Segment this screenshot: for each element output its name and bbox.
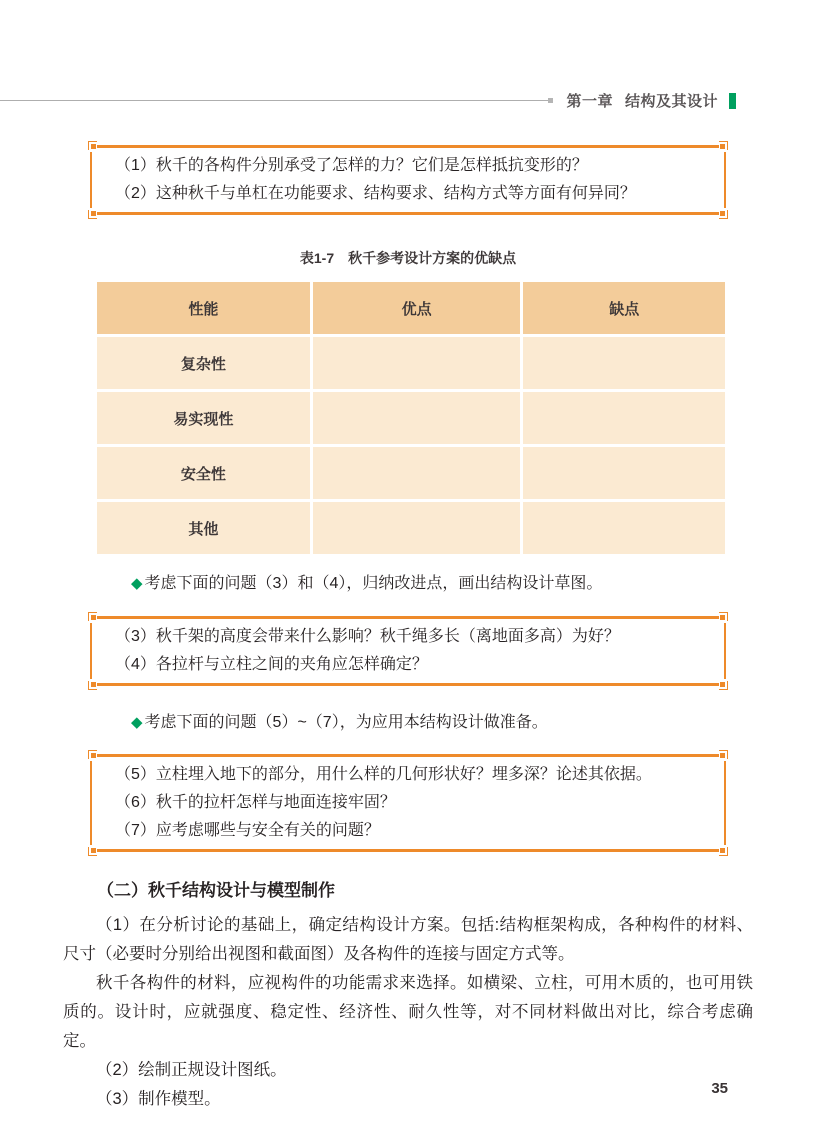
table-row-label: 其他 (97, 502, 310, 554)
table-empty-cell (313, 392, 521, 444)
task-bullet-1: ◆考虑下面的问题（3）和（4），归纳改进点，画出结构设计草图。 (131, 574, 753, 594)
page-header: 第一章结构及其设计 (0, 92, 736, 109)
table-header-cell: 优点 (313, 282, 521, 334)
table-empty-cell (313, 337, 521, 389)
task-bullet-2: ◆考虑下面的问题（5）~（7），为应用本结构设计做准备。 (131, 713, 753, 733)
box-corner-ornament (91, 211, 96, 216)
comparison-table: 性能 优点 缺点 复杂性 易实现性 安全性 其他 (97, 282, 719, 554)
box-corner-ornament (720, 848, 725, 853)
question-line: （2）这种秋千与单杠在功能要求、结构要求、结构方式等方面有何异同？ (115, 180, 701, 208)
table-header-cell: 性能 (97, 282, 310, 334)
box-corner-ornament (91, 682, 96, 687)
question-line: （5）立柱埋入地下的部分，用什么样的几何形状好？埋多深？论述其依据。 (115, 761, 701, 789)
diamond-icon: ◆ (131, 714, 143, 731)
question-line: （3）秋千架的高度会带来什么影响？秋千绳多长（离地面多高）为好？ (115, 623, 701, 651)
question-box-1: （1）秋千的各构件分别承受了怎样的力？它们是怎样抵抗变形的？ （2）这种秋千与单… (97, 145, 719, 215)
table-empty-cell (313, 502, 521, 554)
table-empty-cell (523, 502, 725, 554)
header-rule (0, 100, 553, 101)
table-empty-cell (523, 392, 725, 444)
box-corner-ornament (720, 753, 725, 758)
chapter-accent-bar-icon (729, 93, 736, 109)
question-line: （4）各拉杆与立柱之间的夹角应怎样确定？ (115, 651, 701, 679)
diamond-icon: ◆ (131, 575, 143, 592)
header-rule-end-square (548, 98, 553, 103)
box-corner-ornament (720, 211, 725, 216)
box-corner-ornament (91, 615, 96, 620)
question-line: （7）应考虑哪些与安全有关的问题？ (115, 817, 701, 845)
box-corner-ornament (91, 848, 96, 853)
page-content: （1）秋千的各构件分别承受了怎样的力？它们是怎样抵抗变形的？ （2）这种秋千与单… (63, 138, 753, 1114)
section-heading: （二）秋千结构设计与模型制作 (97, 876, 753, 901)
table-header-cell: 缺点 (523, 282, 725, 334)
box-corner-ornament (91, 753, 96, 758)
table-empty-cell (313, 447, 521, 499)
table-row-label: 安全性 (97, 447, 310, 499)
box-corner-ornament (720, 682, 725, 687)
body-paragraph: 秋千各构件的材料，应视构件的功能需求来选择。如横梁、立柱，可用木质的，也可用铁质… (63, 969, 753, 1056)
body-paragraph: （3）制作模型。 (63, 1085, 753, 1114)
table-caption: 表1-7 秋千参考设计方案的优缺点 (97, 248, 719, 268)
question-line: （1）秋千的各构件分别承受了怎样的力？它们是怎样抵抗变形的？ (115, 152, 701, 180)
box-corner-ornament (720, 144, 725, 149)
textbook-page: 第一章结构及其设计 （1）秋千的各构件分别承受了怎样的力？它们是怎样抵抗变形的？… (0, 0, 816, 1145)
chapter-header-text: 第一章结构及其设计 (566, 90, 718, 111)
page-number: 35 (711, 1080, 728, 1097)
question-box-2: （3）秋千架的高度会带来什么影响？秋千绳多长（离地面多高）为好？ （4）各拉杆与… (97, 616, 719, 686)
table-row-label: 易实现性 (97, 392, 310, 444)
task-bullet-text: 考虑下面的问题（5）~（7），为应用本结构设计做准备。 (145, 714, 548, 731)
table-empty-cell (523, 447, 725, 499)
box-corner-ornament (91, 144, 96, 149)
table-empty-cell (523, 337, 725, 389)
table-row-label: 复杂性 (97, 337, 310, 389)
body-paragraph: （1）在分析讨论的基础上，确定结构设计方案。包括:结构框架构成，各种构件的材料、… (63, 911, 753, 969)
chapter-title: 结构及其设计 (625, 93, 718, 110)
chapter-number: 第一章 (566, 93, 613, 110)
box-corner-ornament (720, 615, 725, 620)
question-line: （6）秋千的拉杆怎样与地面连接牢固？ (115, 789, 701, 817)
body-paragraph: （2）绘制正规设计图纸。 (63, 1056, 753, 1085)
task-bullet-text: 考虑下面的问题（3）和（4），归纳改进点，画出结构设计草图。 (145, 575, 603, 592)
question-box-3: （5）立柱埋入地下的部分，用什么样的几何形状好？埋多深？论述其依据。 （6）秋千… (97, 754, 719, 852)
